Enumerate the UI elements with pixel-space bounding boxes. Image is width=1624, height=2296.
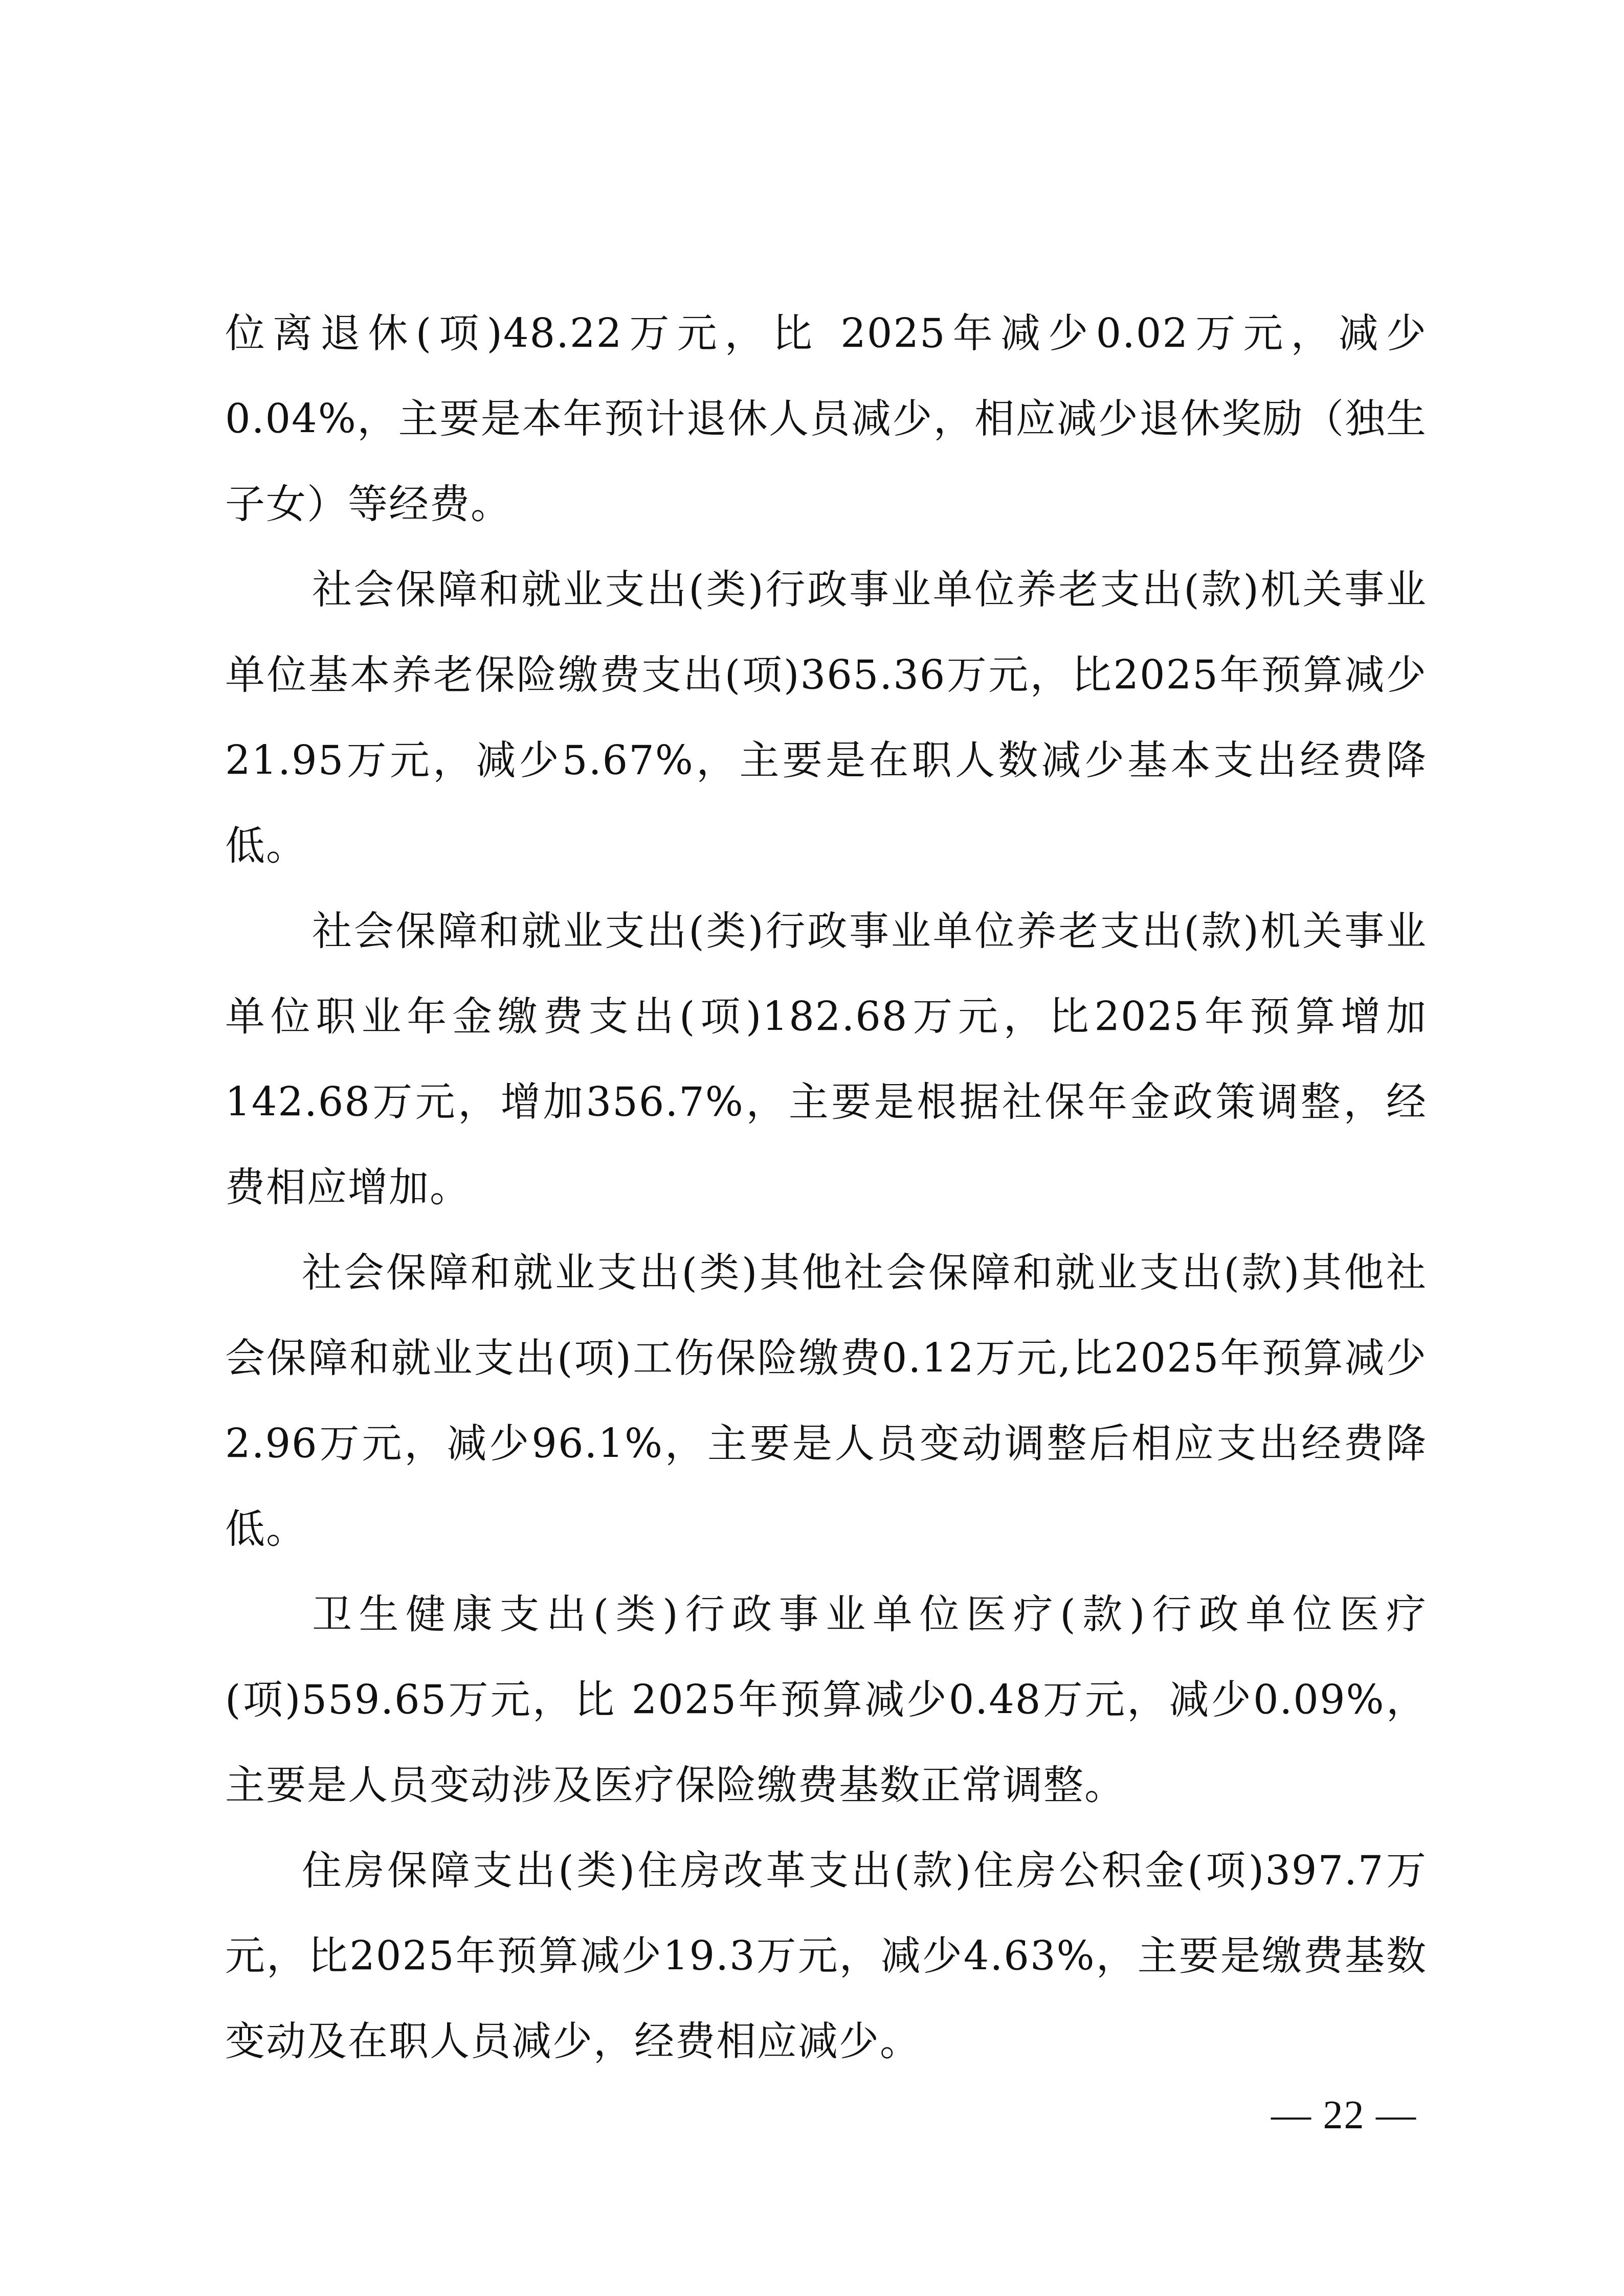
paragraph-work-injury-insurance: 社会保障和就业支出(类)其他社会保障和就业支出(款)其他社会保障和就业支出(项)…: [225, 1231, 1427, 1572]
page-number: — 22 —: [1271, 2091, 1417, 2137]
document-body: 位离退休(项)48.22万元，比 2025年减少0.02万元，减少0.04%，主…: [225, 291, 1427, 2085]
paragraph-basic-pension: 社会保障和就业支出(类)行政事业单位养老支出(款)机关事业单位基本养老保险缴费支…: [225, 548, 1427, 889]
paragraph-medical: 卫生健康支出(类)行政事业单位医疗(款)行政单位医疗(项)559.65万元，比 …: [225, 1572, 1427, 1829]
paragraph-occupational-annuity: 社会保障和就业支出(类)行政事业单位养老支出(款)机关事业单位职业年金缴费支出(…: [225, 889, 1427, 1231]
paragraph-retirement: 位离退休(项)48.22万元，比 2025年减少0.02万元，减少0.04%，主…: [225, 291, 1427, 548]
paragraph-housing-fund: 住房保障支出(类)住房改革支出(款)住房公积金(项)397.7万元，比2025年…: [225, 1829, 1427, 2085]
